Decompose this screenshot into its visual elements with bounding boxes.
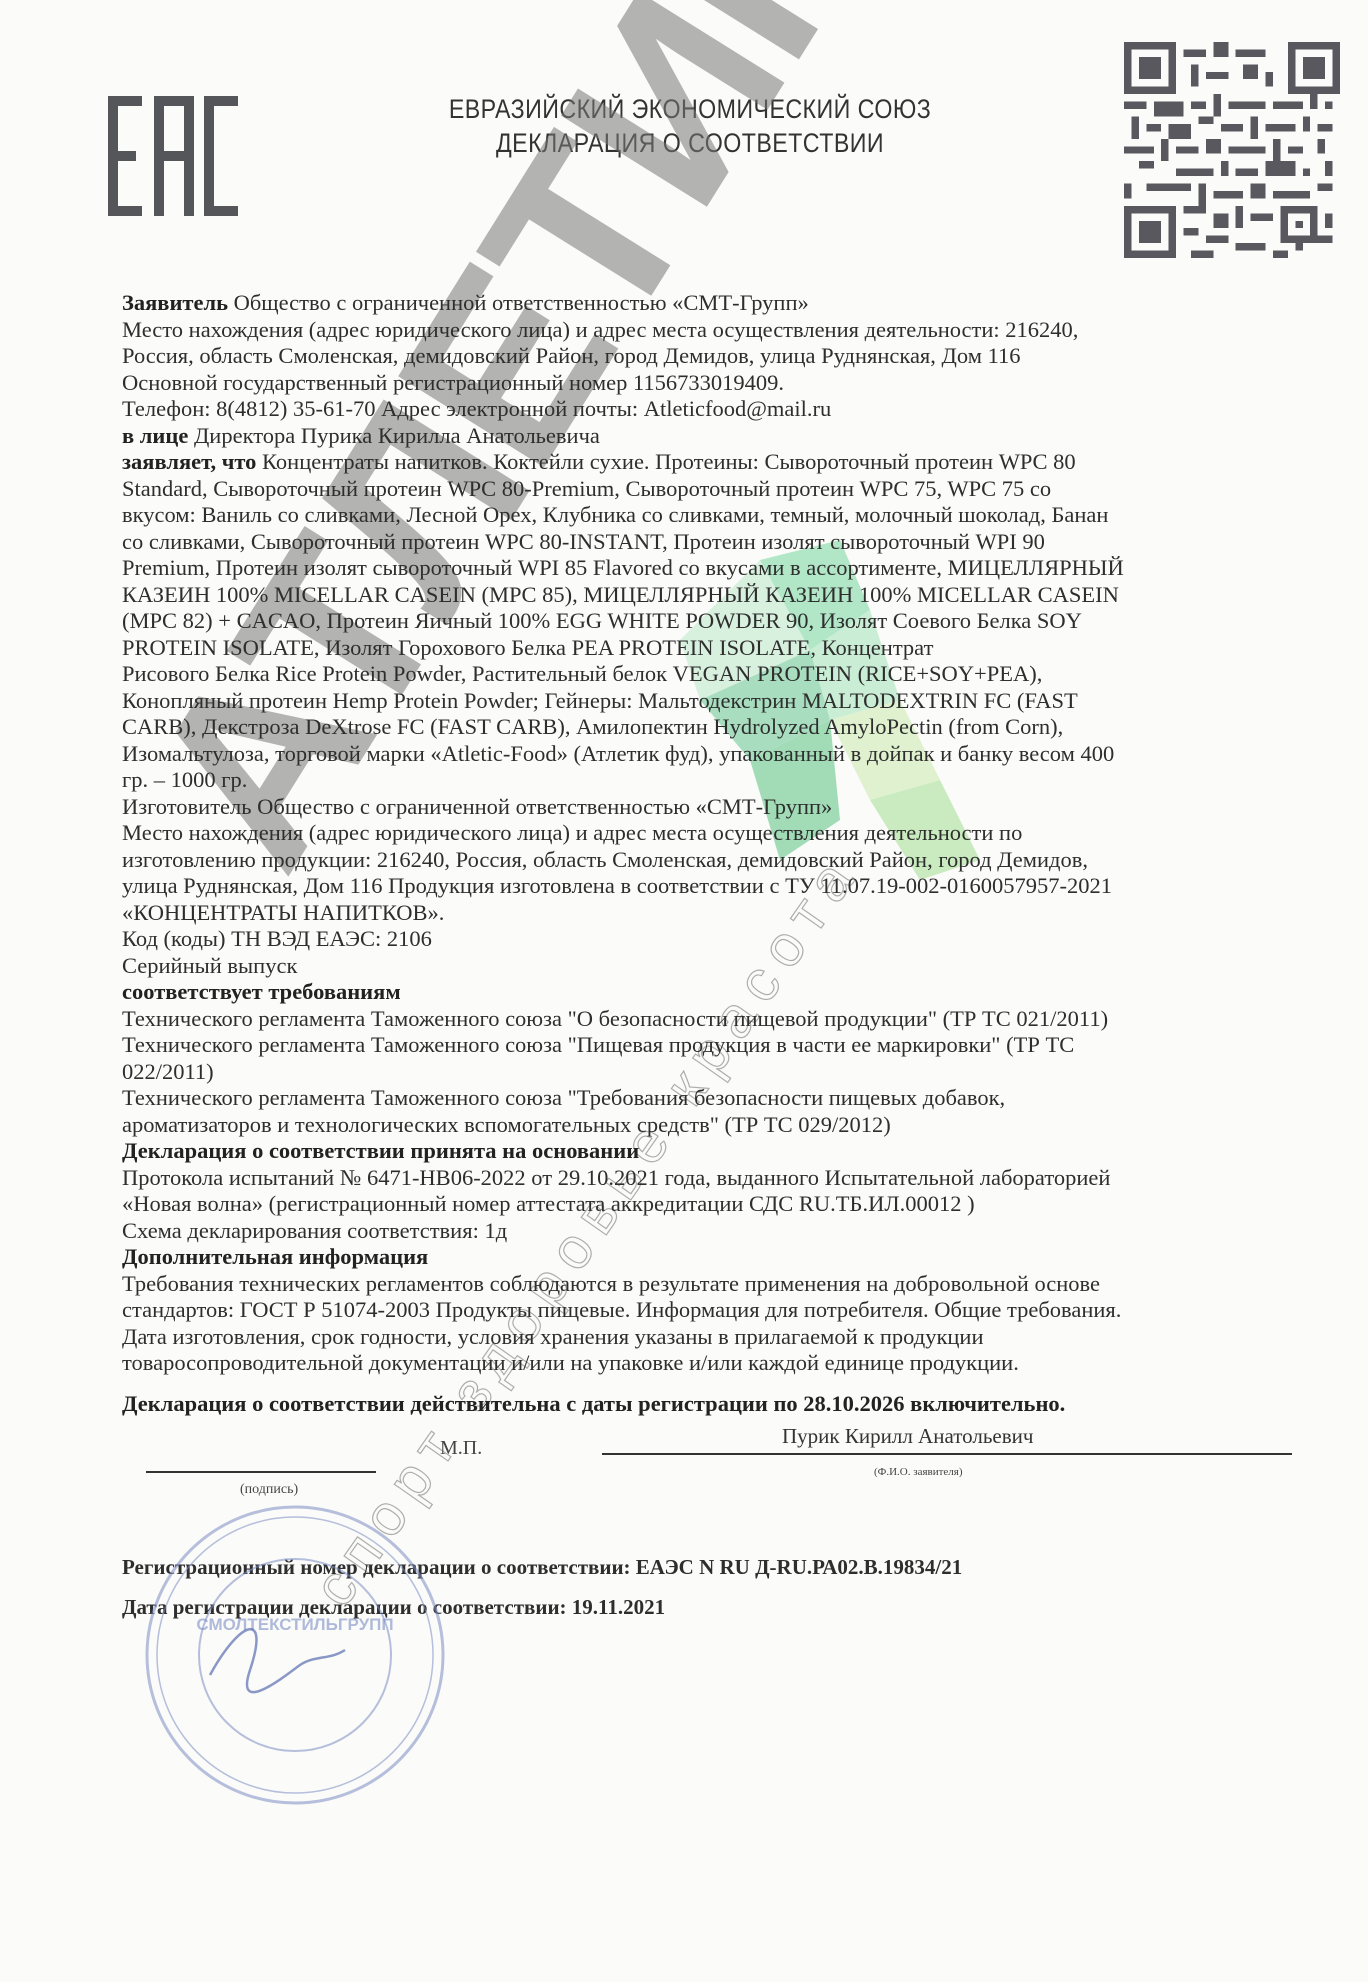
applicant-contacts: Телефон: 8(4812) 35-61-70 Адрес электрон… bbox=[122, 396, 1302, 423]
registration-number: Регистрационный номер декларации о соотв… bbox=[122, 1547, 1302, 1587]
signer-name-line bbox=[602, 1453, 1292, 1455]
stamp-place-label: М.П. bbox=[440, 1435, 482, 1462]
product-line: Концентраты напитков. Коктейли сухие. Пр… bbox=[256, 449, 1075, 474]
applicant-ogrn: Основной государственный регистрационный… bbox=[122, 370, 1302, 397]
eac-logo-icon bbox=[108, 96, 238, 216]
additional-line: товаросопроводительной документации и/ил… bbox=[122, 1350, 1302, 1377]
title-union: ЕВРАЗИЙСКИЙ ЭКОНОМИЧЕСКИЙ СОЮЗ bbox=[406, 92, 974, 126]
declaration-document: ЕВРАЗИЙСКИЙ ЭКОНОМИЧЕСКИЙ СОЮЗ ДЕКЛАРАЦИ… bbox=[0, 0, 1368, 1982]
product-line: Рисового Белка Rice Protein Powder, Раст… bbox=[122, 661, 1302, 688]
additional-heading: Дополнительная информация bbox=[122, 1244, 1302, 1271]
product-line: гр. – 1000 гр. bbox=[122, 767, 1302, 794]
rep-name: Директора Пурика Кирилла Анатольевича bbox=[188, 423, 600, 448]
product-line: со сливками, Сывороточный протеин WPC 80… bbox=[122, 529, 1302, 556]
qr-code-icon[interactable] bbox=[1124, 42, 1340, 258]
serial-release-line: Серийный выпуск bbox=[122, 953, 1302, 980]
fio-label: (Ф.И.О. заявителя) bbox=[874, 1459, 963, 1486]
manufacturer-line: Место нахождения (адрес юридического лиц… bbox=[122, 820, 1302, 847]
signature-line bbox=[146, 1471, 376, 1473]
manufacturer-line: Изготовитель Общество с ограниченной отв… bbox=[122, 794, 1302, 821]
product-line: PROTEIN ISOLATE, Изолят Горохового Белка… bbox=[122, 635, 1302, 662]
additional-line: стандартов: ГОСТ Р 51074-2003 Продукты п… bbox=[122, 1297, 1302, 1324]
additional-line: Дата изготовления, срок годности, услови… bbox=[122, 1324, 1302, 1351]
regulation-line: Технического регламента Таможенного союз… bbox=[122, 1085, 1302, 1112]
applicant-label: Заявитель bbox=[122, 290, 228, 315]
basis-line: Протокола испытаний № 6471-НВ06-2022 от … bbox=[122, 1165, 1302, 1192]
product-line: Изомальтулоза, торговой марки «Atletic-F… bbox=[122, 741, 1302, 768]
regulation-line: Технического регламента Таможенного союз… bbox=[122, 1032, 1302, 1059]
product-line: CARB), Декстроза DeXtrose FC (FAST CARB)… bbox=[122, 714, 1302, 741]
manufacturer-line: «КОНЦЕНТРАТЫ НАПИТКОВ». bbox=[122, 900, 1302, 927]
regulation-line: Технического регламента Таможенного союз… bbox=[122, 1006, 1302, 1033]
document-title: ЕВРАЗИЙСКИЙ ЭКОНОМИЧЕСКИЙ СОЮЗ ДЕКЛАРАЦИ… bbox=[406, 92, 974, 160]
registration-date: Дата регистрации декларации о соответств… bbox=[122, 1587, 1302, 1627]
product-line: Конопляный протеин Hemp Protein Powder; … bbox=[122, 688, 1302, 715]
product-line: вкусом: Ваниль со сливками, Лесной Орех,… bbox=[122, 502, 1302, 529]
applicant-address-1: Место нахождения (адрес юридического лиц… bbox=[122, 317, 1302, 344]
basis-line: «Новая волна» (регистрационный номер атт… bbox=[122, 1191, 1302, 1218]
basis-heading: Декларация о соответствии принята на осн… bbox=[122, 1138, 1302, 1165]
signer-name: Пурик Кирилл Анатольевич bbox=[782, 1423, 1033, 1450]
product-line: КАЗЕИН 100% MICELLAR CASEIN (MPC 85), МИ… bbox=[122, 582, 1302, 609]
signature-block: (подпись) М.П. Пурик Кирилл Анатольевич … bbox=[122, 1417, 1302, 1487]
title-declaration: ДЕКЛАРАЦИЯ О СООТВЕТСТВИИ bbox=[406, 126, 974, 160]
product-line: (MPC 82) + CACAO, Протеин Яичный 100% EG… bbox=[122, 608, 1302, 635]
validity-line: Декларация о соответствии действительна … bbox=[122, 1391, 1302, 1418]
applicant-name: Общество с ограниченной ответственностью… bbox=[228, 290, 809, 315]
signature-label: (подпись) bbox=[240, 1477, 298, 1504]
applicant-line: Заявитель Общество с ограниченной ответс… bbox=[122, 290, 1302, 317]
manufacturer-line: изготовлению продукции: 216240, Россия, … bbox=[122, 847, 1302, 874]
declares-label: заявляет, что bbox=[122, 449, 256, 474]
compliance-heading: соответствует требованиям bbox=[122, 979, 1302, 1006]
declaration-line: заявляет, что Концентраты напитков. Кокт… bbox=[122, 449, 1302, 476]
applicant-representative: в лице Директора Пурика Кирилла Анатолье… bbox=[122, 423, 1302, 450]
product-line: Premium, Протеин изолят сывороточный WPI… bbox=[122, 555, 1302, 582]
rep-label: в лице bbox=[122, 423, 188, 448]
regulation-line: 022/2011) bbox=[122, 1059, 1302, 1086]
additional-line: Требования технических регламентов соблю… bbox=[122, 1271, 1302, 1298]
product-line: Standard, Сывороточный протеин WPC 80-Pr… bbox=[122, 476, 1302, 503]
declaration-body: Заявитель Общество с ограниченной ответс… bbox=[122, 290, 1302, 1627]
applicant-address-2: Россия, область Смоленская, демидовский … bbox=[122, 343, 1302, 370]
regulation-line: ароматизаторов и технологических вспомог… bbox=[122, 1112, 1302, 1139]
hs-code-line: Код (коды) ТН ВЭД ЕАЭС: 2106 bbox=[122, 926, 1302, 953]
manufacturer-line: улица Руднянская, Дом 116 Продукция изго… bbox=[122, 873, 1302, 900]
registration-block: Регистрационный номер декларации о соотв… bbox=[122, 1547, 1302, 1627]
scheme-line: Схема декларирования соответствия: 1д bbox=[122, 1218, 1302, 1245]
